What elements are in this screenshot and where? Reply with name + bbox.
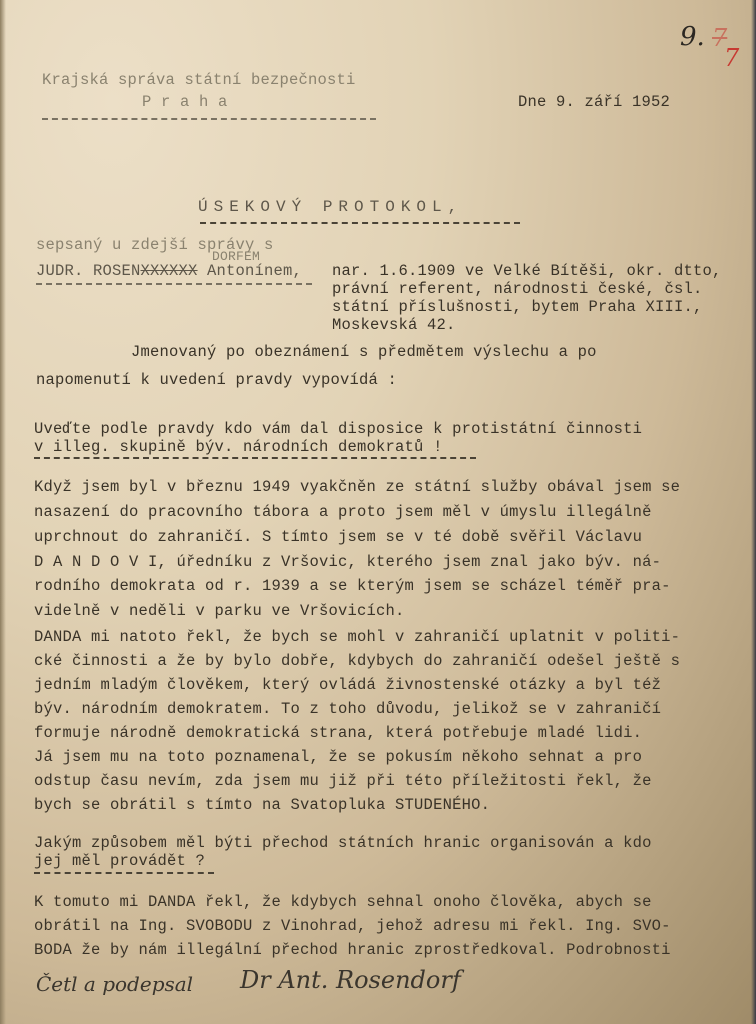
subject-detail-3: státní příslušnosti, bytem Praha XIII., (332, 298, 703, 316)
answer-1a-line-1: Když jsem byl v březnu 1949 vyakčněn ze … (34, 478, 680, 496)
answer-1b-line-5: formuje národně demokratická strana, kte… (34, 724, 642, 742)
office-city: P r a h a (142, 93, 228, 111)
name-suffix: Antonínem, (198, 262, 303, 280)
question-1-underline (34, 457, 476, 459)
signature: Dr Ant. Rosendorf (240, 966, 461, 994)
answer-1b-line-2: cké činnosti a že by bylo dobře, kdybych… (34, 652, 680, 670)
answer-1b-line-6: Já jsem mu na toto poznamenal, že se pok… (34, 748, 642, 766)
answer-1a-line-2: nasazení do pracovního tábora a proto js… (34, 503, 652, 521)
answer-1b-line-7: odstup času nevím, zda jsem mu již při t… (34, 772, 652, 790)
answer-1b-line-4: býv. národním demokratem. To z toho důvo… (34, 700, 661, 718)
subject-detail-2: právní referent, národnosti české, čsl. (332, 280, 703, 298)
answer-1b-line-3: jedním mladým člověkem, který ovládá živ… (34, 676, 661, 694)
answer-2-line-2: obrátil na Ing. SVOBODU z Vinohrad, jeho… (34, 917, 671, 935)
question-1-line-2: v illeg. skupině býv. národních demokrat… (34, 438, 443, 456)
answer-1b-line-8: bych se obrátil s tímto na Svatopluka ST… (34, 796, 490, 814)
subject-detail-4: Moskevská 42. (332, 316, 456, 334)
document-date: Dne 9. září 1952 (518, 93, 670, 111)
page-right-edge (751, 0, 756, 1024)
office-name: Krajská správa státní bezpečnosti (42, 71, 356, 89)
title-underline (200, 222, 520, 224)
question-2-line-1: Jakým způsobem měl býti přechod státních… (34, 834, 652, 852)
question-1-line-1: Uveďte podle pravdy kdo vám dal disposic… (34, 420, 642, 438)
name-prefix: JUDR. ROSEN (36, 262, 141, 280)
subject-name: JUDR. ROSENXXXXXX Antonínem, (36, 262, 302, 280)
answer-1a-line-6: videlně v neděli v parku ve Vršovicích. (34, 602, 405, 620)
question-2-underline (34, 872, 214, 874)
question-2-line-2: jej měl provádět ? (34, 852, 205, 870)
subject-detail-1: nar. 1.6.1909 ve Velké Bítěši, okr. dtto… (332, 262, 722, 280)
caution-line-1: Jmenovaný po obeznámení s předmětem výsl… (36, 343, 597, 361)
answer-2-line-3: BODA že by nám illegální přechod hranic … (34, 941, 671, 959)
name-underline (36, 283, 312, 285)
read-and-signed-note: Četl a podepsal (36, 972, 193, 996)
header-underline (42, 118, 376, 120)
answer-2-line-1: K tomuto mi DANDA řekl, že kdybych sehna… (34, 893, 652, 911)
document-title: ÚSEKOVÝ PROTOKOL, (198, 198, 463, 216)
answer-1a-line-3: uprchnout do zahraničí. S tímto jsem se … (34, 528, 642, 546)
page-number-handwritten: 9. (680, 22, 705, 52)
caution-line-2: napomenutí k uvedení pravdy vypovídá : (36, 371, 397, 389)
page-left-edge (0, 0, 6, 1024)
page-number-red: 7 (724, 44, 739, 72)
answer-1a-line-4: D A N D O V I, úředníku z Vršovic, které… (34, 553, 661, 571)
answer-1b-line-1: DANDA mi natoto řekl, že bych se mohl v … (34, 628, 680, 646)
document-page: 9. 7 7 Krajská správa státní bezpečnosti… (0, 0, 756, 1024)
name-struck: XXXXXX (141, 262, 198, 280)
answer-1a-line-5: rodního demokrata od r. 1939 a se kterým… (34, 577, 671, 595)
